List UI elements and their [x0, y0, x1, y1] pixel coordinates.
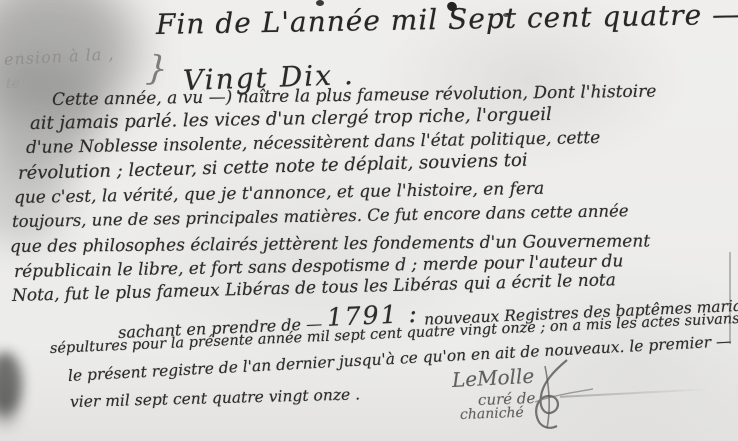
margin-fragment: te [6, 76, 20, 92]
heading-line-1: Fin de L'année mil Sept cent quatre — [156, 0, 738, 41]
page-edge-mark [729, 252, 731, 344]
margin-note: ension à la , [4, 44, 115, 69]
registry-note-line: vier mil sept cent quatre vingt onze . [70, 385, 361, 411]
margin-brace: } [145, 48, 169, 89]
body-line: Cette année, a vu —) naître la plus fame… [52, 82, 657, 110]
ink-smudge [0, 352, 22, 414]
ink-smudge [0, 386, 16, 426]
manuscript-page: Fin de L'année mil Sept cent quatre — Vi… [0, 0, 738, 441]
